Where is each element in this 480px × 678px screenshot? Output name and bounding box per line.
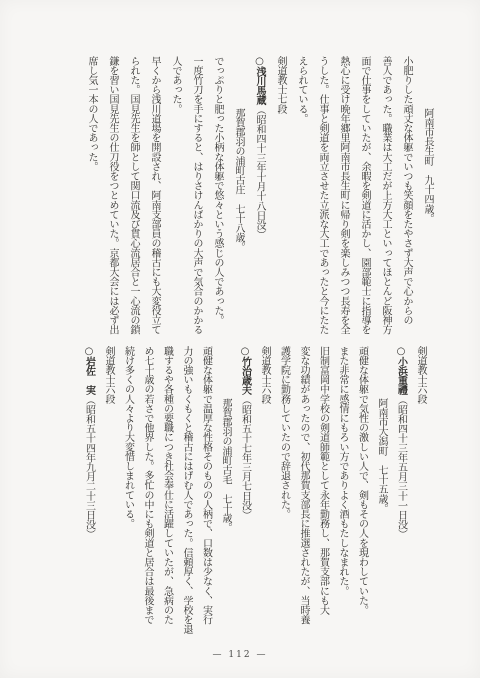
address-line: 阿南市長生町 九十四歳。 <box>417 56 438 340</box>
rank-title: 剣道教士六段 <box>255 346 275 644</box>
death-date-note: （昭和四十三年五月三十一日没） <box>396 395 407 539</box>
text-column: 善人であった。職業は大工だが上方大工といってほとんど阪神方 <box>375 56 396 340</box>
text-column: えられている。 <box>291 56 312 340</box>
text-column: 早くから浅川道場を開設され、阿南支部員の稽古にも大変役立て <box>144 56 165 340</box>
entry-marker: ○ <box>396 346 407 357</box>
person-name: 浅川馬蔵 <box>254 67 265 105</box>
text-column: 鎌を習い国見先生の仕刀役をつとめていた。京都大会には必ず出 <box>102 56 123 340</box>
rank-title: 剣道教士六段 <box>411 346 431 644</box>
text-column: うした。仕事と剣道を両立させた立派な大工であったと今にたた <box>312 56 333 340</box>
person-name-line: ○浅川馬蔵（昭和四十三年十月十八日没） <box>249 56 270 340</box>
text-column: 面で仕事をしていたが、余暇を剣道に活かし、園部範士に指導を <box>354 56 375 340</box>
text-band-top: 阿南市長生町 九十四歳。 小肥りした頑丈な体躯でいつも笑顔をたやさず大声で心から… <box>81 56 438 340</box>
text-column: 職するや各種の要職につき社会奉仕に活躍していたが、急病のた <box>157 346 177 644</box>
address-line: 那賀郡羽の浦町古毛 七十歳。 <box>216 346 236 644</box>
person-name-line: ○竹治歳夫（昭和五十七年三月七日没） <box>235 346 255 644</box>
text-column: 席し気一本の人であった。 <box>81 56 102 340</box>
text-column: 護学院に勤務していたので辞退された。 <box>274 346 294 644</box>
person-name-line: ○小浜重禮（昭和四十三年五月三十一日没） <box>391 346 411 644</box>
person-name: 岩佐 実 <box>84 357 95 395</box>
address-line: 阿南市大潟町 七十五歳。 <box>372 346 392 644</box>
person-name: 小浜重禮 <box>396 357 407 395</box>
text-column: 頑健な体躯で気性の激しい人で、剣もその人を現わしていた。 <box>352 346 372 644</box>
death-date-note: （昭和五十四年九月二十三日没） <box>84 395 95 539</box>
text-column: 変な功績があったので、初代那賀支部長に推選されたが、当時養 <box>294 346 314 644</box>
text-band-bottom: 剣道教士六段 ○小浜重禮（昭和四十三年五月三十一日没） 阿南市大潟町 七十五歳。… <box>79 346 430 644</box>
text-column: 力の強いもくもくと稽古にはげむ人であった。信頼厚く、学校を退 <box>177 346 197 644</box>
text-column: られた。国見先生を師として関口流及び貫心流居合と一心流の鎖 <box>123 56 144 340</box>
entry-marker: ○ <box>240 346 251 357</box>
scanned-book-page: 阿南市長生町 九十四歳。 小肥りした頑丈な体躯でいつも笑顔をたやさず大声で心から… <box>0 0 480 678</box>
page-number: — 112 — <box>0 650 480 660</box>
rank-title: 剣道教士七段 <box>270 56 291 340</box>
text-column: め七十歳の若さで他界した。多忙の中にも剣道と居合は最後まで <box>138 346 158 644</box>
text-column: 一度竹刀を手にすると、はりさけんばかりの大声で気合のかかる <box>186 56 207 340</box>
text-column: 小肥りした頑丈な体躯でいつも笑顔をたやさず大声で心からの <box>396 56 417 340</box>
rank-title: 剣道教士六段 <box>99 346 119 644</box>
text-column: 続け多くの人々より大変惜しまれている。 <box>118 346 138 644</box>
text-column: 熱心に受け晩年郷里阿南市長生町に帰り剣を楽しみつつ長寿を全 <box>333 56 354 340</box>
text-column: また非常に感情にもろい方でありよく酒もたしなまれた。 <box>333 346 353 644</box>
death-date-note: （昭和四十三年十月十八日没） <box>254 105 265 239</box>
text-column: でっぷりと肥った小柄な体躯で悠々という感じの人であった。 <box>207 56 228 340</box>
text-column: 人であった。 <box>165 56 186 340</box>
address-line: 那賀郡羽の浦町古庄 七十八歳。 <box>228 56 249 340</box>
text-column: 頑健な体躯で温厚な性格そのものの人柄で、口数は少なく、実行 <box>196 346 216 644</box>
person-name-line: ○岩佐 実（昭和五十四年九月二十三日没） <box>79 346 99 644</box>
entry-marker: ○ <box>254 56 265 67</box>
text-column: 旧制富岡中学校の剣道師範として永年勤務し、那賀支部にも大 <box>313 346 333 644</box>
entry-marker: ○ <box>84 346 95 357</box>
death-date-note: （昭和五十七年三月七日没） <box>240 395 251 520</box>
person-name: 竹治歳夫 <box>240 357 251 395</box>
